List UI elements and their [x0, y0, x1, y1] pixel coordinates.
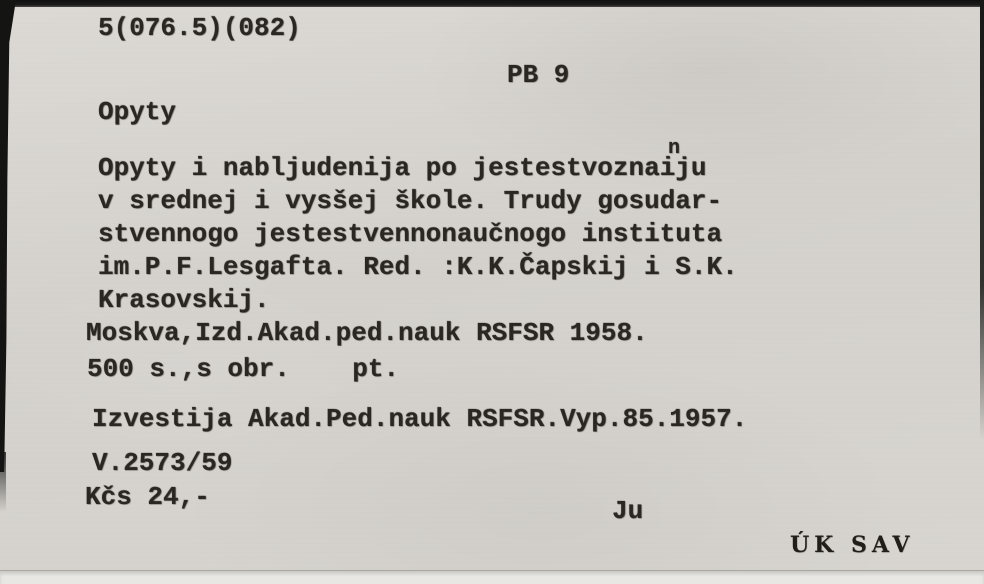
scan-edge-left-fade	[0, 452, 6, 512]
scan-edge-top	[0, 0, 984, 7]
heading-entry: Opyty	[98, 97, 176, 127]
library-stamp: ÚK SAV	[790, 532, 914, 558]
price: Kčs 24,-	[85, 482, 210, 512]
cataloguer-initials: Ju	[612, 496, 643, 526]
accession-number: V.2573/59	[92, 448, 232, 478]
title-line-3: stvennogo jestestvennonaučnogo instituta	[98, 219, 722, 249]
card-under-edge	[0, 570, 984, 584]
collation-line: 500 s.,s obr. pt.	[87, 354, 399, 384]
title-line-5: Krasovskij.	[98, 285, 270, 315]
title-line-4: im.P.F.Lesgafta. Red. :K.K.Čapskij i S.K…	[98, 252, 738, 282]
imprint-line: Moskva,Izd.Akad.ped.nauk RSFSR 1958.	[86, 318, 648, 348]
scanned-catalog-card: 5(076.5)(082) PB 9 Opyty n Opyty i nablj…	[0, 0, 984, 584]
scan-edge-right	[980, 0, 984, 440]
series-note: Izvestija Akad.Ped.nauk RSFSR.Vyp.85.195…	[92, 404, 747, 434]
shelf-mark: PB 9	[507, 60, 569, 90]
title-line-2: v srednej i vysšej škole. Trudy gosudar-	[98, 186, 722, 216]
title-line-1: Opyty i nabljudenija po jestestvoznaiju	[98, 153, 707, 183]
udc-classification: 5(076.5)(082)	[98, 13, 301, 43]
